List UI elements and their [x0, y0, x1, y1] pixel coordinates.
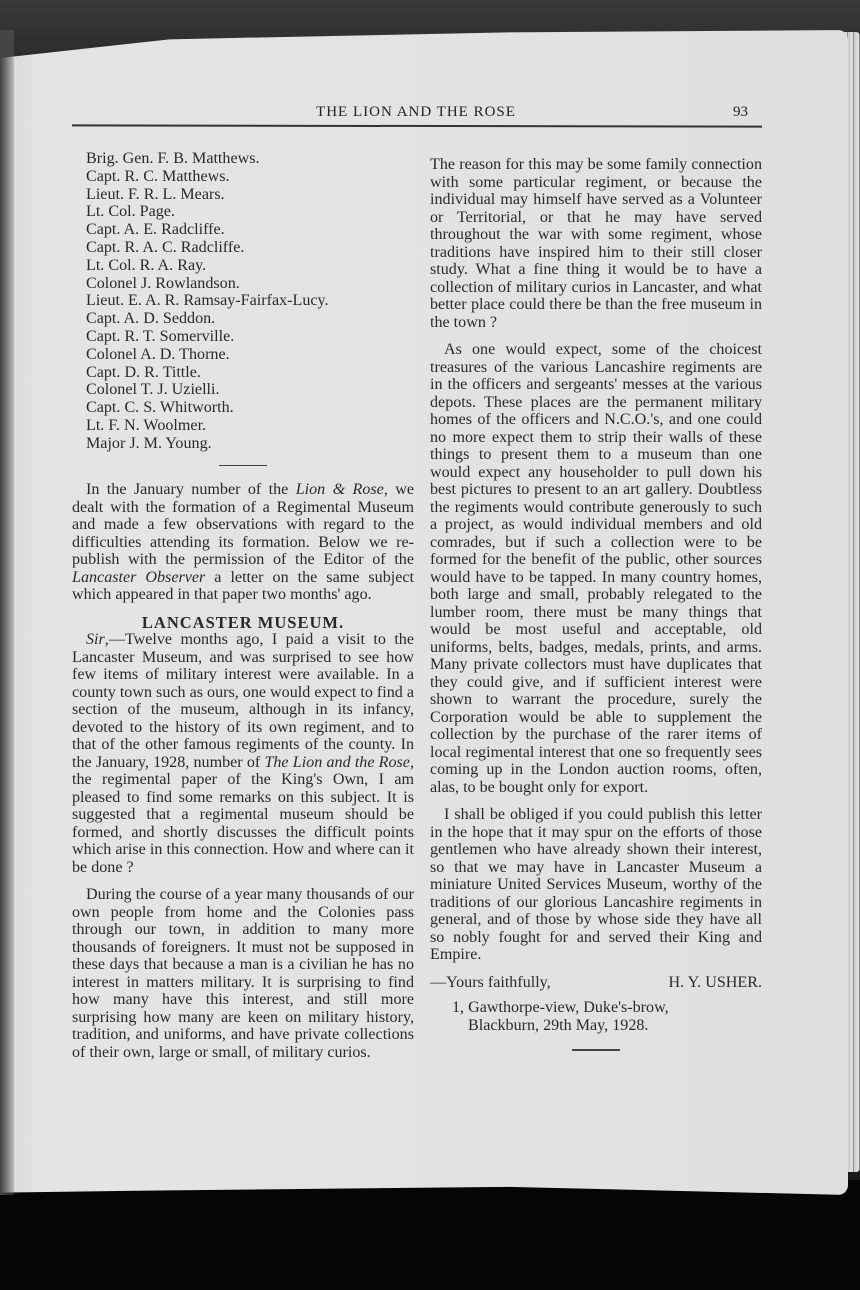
- left-column: Brig. Gen. F. B. Matthews.Capt. R. C. Ma…: [72, 150, 414, 1071]
- officer-name: Capt. D. R. Tittle.: [86, 364, 414, 382]
- officer-name: Lieut. E. A. R. Ramsay-Fairfax-Lucy.: [86, 292, 414, 310]
- officer-name: Capt. R. T. Somerville.: [86, 328, 414, 346]
- signoff: —Yours faithfully, H. Y. USHER.: [430, 974, 762, 992]
- letter-paragraph: Sir,—Twelve months ago, I paid a visit t…: [72, 631, 414, 876]
- officer-name: Colonel J. Rowlandson.: [86, 275, 414, 293]
- officer-name-list: Brig. Gen. F. B. Matthews.Capt. R. C. Ma…: [86, 150, 414, 453]
- address-line: 1, Gawthorpe-view, Duke's-brow,: [452, 999, 762, 1017]
- officer-name: Major J. M. Young.: [86, 435, 414, 453]
- closing: —Yours faithfully,: [430, 974, 551, 992]
- article-heading: LANCASTER MUSEUM.: [72, 614, 414, 632]
- officer-name: Brig. Gen. F. B. Matthews.: [86, 150, 414, 168]
- letter-text: ,—Twelve months ago, I paid a visit to t…: [72, 631, 414, 771]
- salutation: Sir: [86, 631, 105, 648]
- spine-shadow: [0, 30, 14, 1195]
- intro-text: In the January number of the: [86, 481, 296, 498]
- address: 1, Gawthorpe-view, Duke's-brow, Blackbur…: [452, 999, 762, 1035]
- letter-paragraph: I shall be obliged if you could publish …: [430, 806, 762, 964]
- newspaper-title: Lancaster Observer: [72, 569, 205, 586]
- intro-paragraph: In the January number of the Lion & Rose…: [72, 481, 414, 604]
- right-column: The reason for this may be some family c…: [430, 156, 762, 1051]
- officer-name: Lt. F. N. Woolmer.: [86, 417, 414, 435]
- running-title: THE LION AND THE ROSE: [72, 104, 760, 121]
- officer-name: Capt. R. A. C. Radcliffe.: [86, 239, 414, 257]
- page-number: 93: [733, 104, 748, 121]
- address-line: Blackburn, 29th May, 1928.: [452, 1017, 762, 1035]
- officer-name: Lt. Col. Page.: [86, 203, 414, 221]
- officer-name: Lieut. F. R. L. Mears.: [86, 186, 414, 204]
- officer-name: Capt. A. D. Seddon.: [86, 310, 414, 328]
- officer-name: Capt. R. C. Matthews.: [86, 168, 414, 186]
- letter-paragraph: As one would expect, some of the choices…: [430, 341, 762, 796]
- publication-title: Lion & Rose: [296, 481, 384, 498]
- officer-name: Capt. A. E. Radcliffe.: [86, 221, 414, 239]
- signature: H. Y. USHER.: [669, 974, 762, 992]
- backdrop-bottom: [0, 1180, 860, 1290]
- letter-paragraph: The reason for this may be some family c…: [430, 156, 762, 331]
- publication-title: The Lion and the Rose: [264, 754, 410, 771]
- end-divider: [572, 1049, 620, 1051]
- letter-text: , the regimental paper of the King's Own…: [72, 754, 414, 876]
- officer-name: Colonel T. J. Uzielli.: [86, 381, 414, 399]
- letter-paragraph: During the course of a year many thousan…: [72, 886, 414, 1061]
- section-divider: [219, 465, 267, 467]
- officer-name: Capt. C. S. Whitworth.: [86, 399, 414, 417]
- officer-name: Colonel A. D. Thorne.: [86, 346, 414, 364]
- officer-name: Lt. Col. R. A. Ray.: [86, 257, 414, 275]
